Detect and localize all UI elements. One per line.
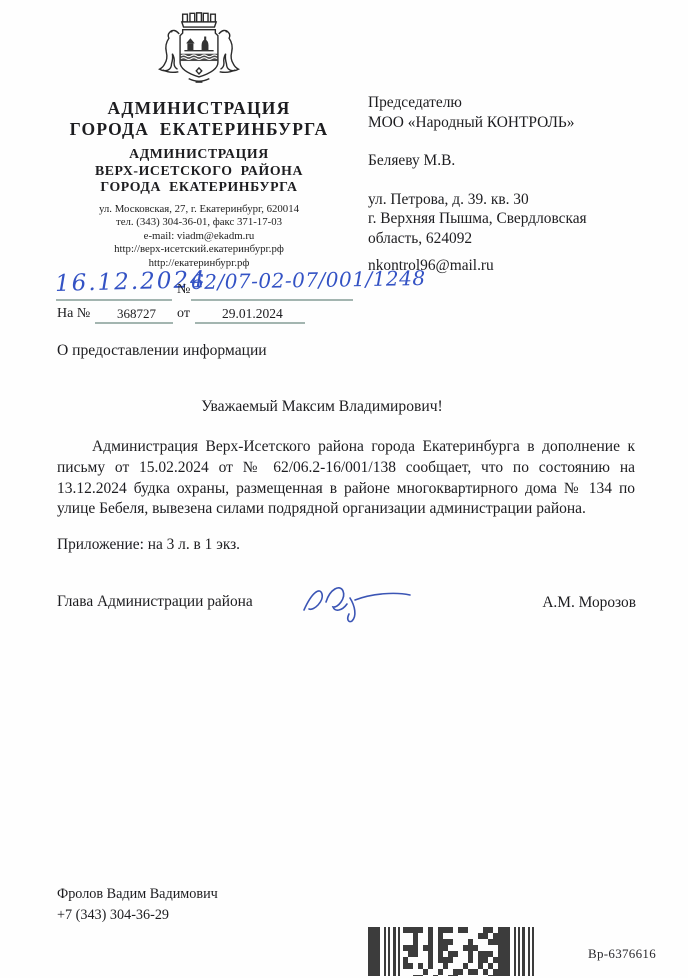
letterhead: АДМИНИСТРАЦИЯ ГОРОДА ЕКАТЕРИНБУРГА АДМИН… [40,10,358,270]
addressee-street: ул. Петрова, д. 39. кв. 30 [368,190,658,210]
barcode-label: Вр-6376616 [588,946,656,962]
number-underline [191,299,353,301]
addressee-position: Председателю [368,93,658,113]
signer-name: А.М. Морозов [542,594,636,612]
addressee-block: Председателю МОО «Народный КОНТРОЛЬ» Бел… [368,93,658,276]
letterhead-street: ул. Московская, 27, г. Екатеринбург, 620… [40,203,358,217]
attachment-note: Приложение: на 3 л. в 1 экз. [57,536,240,554]
letter-body-paragraph: Администрация Верх-Исетского района горо… [57,437,635,520]
addressee-organization: МОО «Народный КОНТРОЛЬ» [368,113,658,133]
incoming-date-underline [195,322,305,324]
letterhead-contacts: ул. Московская, 27, г. Екатеринбург, 620… [40,203,358,271]
letter-subject: О предоставлении информации [57,342,267,360]
org-name-district-line3: ГОРОДА ЕКАТЕРИНБУРГА [40,179,358,196]
org-name-city-line2: ГОРОДА ЕКАТЕРИНБУРГА [40,119,358,140]
handwritten-signature-icon [298,578,418,626]
date-underline [56,299,172,301]
registration-barcode [368,927,536,976]
letterhead-phone: тел. (343) 304-36-01, факс 371-17-03 [40,216,358,230]
signer-position: Глава Администрации района [57,593,253,611]
addressee-name: Беляеву М.В. [368,151,658,171]
incoming-number-underline [95,322,173,324]
letterhead-site-district: http://верх-исетский.екатеринбург.рф [40,243,358,257]
incoming-number: 368727 [117,306,156,322]
org-name-city-line1: АДМИНИСТРАЦИЯ [40,98,358,119]
yekaterinburg-coat-of-arms-icon [156,10,242,94]
org-name-district-line1: АДМИНИСТРАЦИЯ [40,146,358,163]
outgoing-number-handwritten: 62/07-02-07/001/1248 [191,266,426,294]
executor-phone: +7 (343) 304-36-29 [57,905,218,926]
reply-label: На № [57,306,90,322]
letter-greeting: Уважаемый Максим Владимирович! [57,398,587,416]
letterhead-email: e-mail: viadm@ekadm.ru [40,230,358,244]
barcode-blocks [403,927,498,976]
incoming-date: 29.01.2024 [222,306,283,322]
addressee-city: г. Верхняя Пышма, Свердловская [368,209,658,229]
from-label: от [177,306,190,322]
executor-name: Фролов Вадим Вадимович [57,884,218,905]
org-name-district-line2: ВЕРХ-ИСЕТСКОГО РАЙОНА [40,163,358,180]
executor-block: Фролов Вадим Вадимович +7 (343) 304-36-2… [57,884,218,926]
scanned-letter-page: АДМИНИСТРАЦИЯ ГОРОДА ЕКАТЕРИНБУРГА АДМИН… [0,0,688,978]
number-sign: № [177,282,190,298]
addressee-postcode: область, 624092 [368,229,658,249]
